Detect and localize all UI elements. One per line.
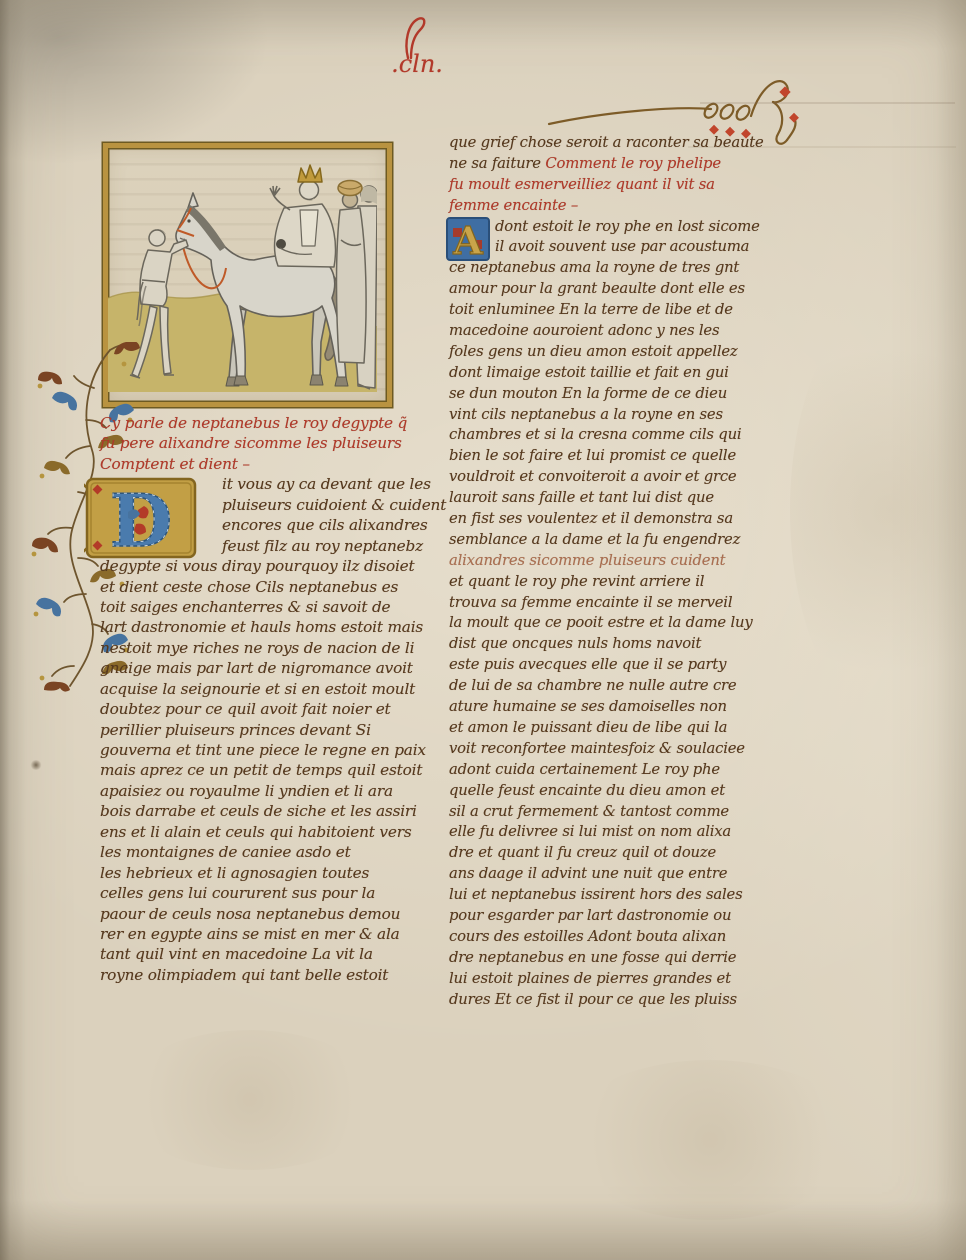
text-segment: elle fu delivree si lui mist on nom alix…: [449, 823, 731, 840]
text-line: de lui de sa chambre ne nulle autre cre: [449, 676, 769, 697]
text-segment: femme encainte –: [449, 197, 578, 214]
text-line: ature humaine se ses damoiselles non: [449, 697, 769, 718]
manuscript-page: .cln.: [0, 0, 966, 1260]
text-segment: mais aprez ce un petit de temps quil est…: [100, 761, 422, 779]
text-line: gnaige mais par lart de nigromance avoit: [100, 658, 445, 678]
text-line: vint cils neptanebus a la royne en ses: [449, 405, 769, 426]
text-segment: macedoine aouroient adonc y nes les: [449, 322, 719, 339]
text-line: cours des estoilles Adont bouta alixan: [449, 927, 769, 948]
text-segment: pluiseurs cuidoient & cuident: [222, 496, 446, 514]
text-segment: les montaignes de caniee asdo et: [100, 843, 351, 861]
text-line: lauroit sans faille et tant lui dist que: [449, 488, 769, 509]
text-segment: dre et quant il fu creuz quil ot douze: [449, 844, 716, 861]
folio-number: .cln.: [372, 50, 462, 100]
text-line: fu pere alixandre sicomme les pluiseurs: [100, 433, 445, 453]
text-segment: ce neptanebus ama la royne de tres gnt: [449, 259, 739, 276]
text-line: dures Et ce fist il pour ce que les plui…: [449, 990, 769, 1011]
text-line: en fist ses voulentez et il demonstra sa: [449, 509, 769, 530]
text-line: voit reconfortee maintesfoiz & soulaciee: [449, 739, 769, 760]
text-segment: ans daage il advint une nuit que entre: [449, 865, 727, 882]
text-segment: la moult que ce pooit estre et la dame l…: [449, 614, 753, 631]
text-segment: que grief chose seroit a raconter sa bea…: [449, 134, 764, 151]
text-line: et dient ceste chose Cils neptanebus es: [100, 577, 445, 597]
text-segment: degypte si vous diray pourquoy ilz disoi…: [100, 557, 414, 575]
right-text-column: que grief chose seroit a raconter sa bea…: [449, 133, 769, 1010]
text-segment: doubtez pour ce quil avoit fait noier et: [100, 700, 391, 718]
text-segment: nestoit mye riches ne roys de nacion de …: [100, 639, 414, 657]
text-line: Comptent et dient –: [100, 454, 445, 474]
text-segment: cours des estoilles Adont bouta alixan: [449, 928, 726, 945]
text-line: les montaignes de caniee asdo et: [100, 842, 445, 862]
text-line: bois darrabe et ceuls de siche et les as…: [100, 801, 445, 821]
text-segment: lui et neptanebus issirent hors des sale…: [449, 886, 743, 903]
text-segment: amour pour la grant beaulte dont elle es: [449, 280, 745, 297]
text-line: macedoine aouroient adonc y nes les: [449, 321, 769, 342]
text-line: ne sa faiture Comment le roy phelipe: [449, 154, 769, 175]
text-line: amour pour la grant beaulte dont elle es: [449, 279, 769, 300]
text-line: il avoit souvent use par acoustuma: [449, 237, 769, 258]
text-line: chambres et si la cresna comme cils qui: [449, 425, 769, 446]
text-line: pour esgarder par lart dastronomie ou: [449, 906, 769, 927]
text-segment: et quant le roy phe revint arriere il: [449, 573, 704, 590]
text-segment: dre neptanebus en une fosse qui derrie: [449, 949, 736, 966]
text-line: doubtez pour ce quil avoit fait noier et: [100, 699, 445, 719]
text-line: lui et neptanebus issirent hors des sale…: [449, 885, 769, 906]
king-crown: [298, 165, 322, 182]
text-segment: en fist ses voulentez et il demonstra sa: [449, 510, 733, 527]
text-line: royne olimpiadem qui tant belle estoit: [100, 965, 445, 985]
parchment-stain: [560, 1060, 860, 1220]
text-segment: toit saiges enchanterres & si savoit de: [100, 598, 390, 616]
text-segment: et amon le puissant dieu de libe qui la: [449, 719, 727, 736]
text-segment: royne olimpiadem qui tant belle estoit: [100, 966, 388, 984]
text-segment: chambres et si la cresna comme cils qui: [449, 426, 741, 443]
text-segment: gouverna et tint une piece le regne en p…: [100, 741, 426, 759]
text-line: encores que cils alixandres: [100, 515, 445, 535]
text-segment: pour esgarder par lart dastronomie ou: [449, 907, 731, 924]
text-line: apaisiez ou royaulme li yndien et li ara: [100, 781, 445, 801]
text-segment: alixandres sicomme pluiseurs cuident: [449, 552, 725, 569]
text-line: bien le sot faire et lui promist ce quel…: [449, 446, 769, 467]
text-line: nestoit mye riches ne roys de nacion de …: [100, 638, 445, 658]
text-line: ens et li alain et ceuls qui habitoient …: [100, 822, 445, 842]
left-text-column: Cy parle de neptanebus le roy degypte q̃…: [100, 413, 445, 985]
text-line: degypte si vous diray pourquoy ilz disoi…: [100, 556, 445, 576]
parchment-stain: [120, 1030, 380, 1170]
text-line: paour de ceuls nosa neptanebus demou: [100, 904, 445, 924]
text-line: dont estoit le roy phe en lost sicome: [449, 217, 769, 238]
text-segment: vouldroit et convoiteroit a avoir et grc…: [449, 468, 737, 485]
text-line: alixandres sicomme pluiseurs cuident: [449, 551, 769, 572]
king-figure: [270, 165, 336, 267]
attendant-figures: [337, 181, 378, 390]
attendant-with-hat: [337, 208, 367, 363]
text-line: semblance a la dame et la fu engendrez: [449, 530, 769, 551]
text-line: et amon le puissant dieu de libe qui la: [449, 718, 769, 739]
text-segment: les hebrieux et li agnosagien toutes: [100, 864, 369, 882]
text-segment: lart dastronomie et hauls homs estoit ma…: [100, 618, 423, 636]
text-line: feust filz au roy neptanebz: [100, 536, 445, 556]
text-line: acquise la seignourie et si en estoit mo…: [100, 679, 445, 699]
text-segment: apaisiez ou royaulme li yndien et li ara: [100, 782, 393, 800]
text-segment: encores que cils alixandres: [222, 516, 428, 534]
text-line: quelle feust encainte du dieu amon et: [449, 781, 769, 802]
text-segment: foles gens un dieu amon estoit appellez: [449, 343, 738, 360]
text-segment: feust filz au roy neptanebz: [222, 537, 423, 555]
text-line: dre et quant il fu creuz quil ot douze: [449, 843, 769, 864]
text-segment: sil a crut fermement & tantost comme: [449, 803, 729, 820]
text-line: celles gens lui coururent sus pour la: [100, 883, 445, 903]
text-segment: et dient ceste chose Cils neptanebus es: [100, 578, 398, 596]
miniature-illustration: [103, 143, 392, 407]
text-segment: toit enluminee En la terre de libe et de: [449, 301, 733, 318]
text-line: lui estoit plaines de pierres grandes et: [449, 969, 769, 990]
text-segment: celles gens lui coururent sus pour la: [100, 884, 375, 902]
text-segment: bois darrabe et ceuls de siche et les as…: [100, 802, 417, 820]
text-segment: dures Et ce fist il pour ce que les plui…: [449, 991, 737, 1008]
text-line: rer en egypte ains se mist en mer & ala: [100, 924, 445, 944]
text-line: tant quil vint en macedoine La vit la: [100, 944, 445, 964]
text-line: elle fu delivree si lui mist on nom alix…: [449, 822, 769, 843]
king-raised-hand: [270, 186, 290, 210]
folio-ascender-swash: [396, 16, 436, 60]
text-line: foles gens un dieu amon estoit appellez: [449, 342, 769, 363]
text-line: toit enluminee En la terre de libe et de: [449, 300, 769, 321]
text-line: fu moult esmerveilliez quant il vit sa: [449, 175, 769, 196]
text-segment: gnaige mais par lart de nigromance avoit: [100, 659, 413, 677]
text-segment: Comment le roy phelipe: [545, 155, 721, 172]
text-segment: quelle feust encainte du dieu amon et: [449, 782, 725, 799]
text-line: dist que oncques nuls homs navoit: [449, 634, 769, 655]
text-line: Cy parle de neptanebus le roy degypte q̃: [100, 413, 445, 433]
text-line: dont limaige estoit taillie et fait en g…: [449, 363, 769, 384]
text-line: que grief chose seroit a raconter sa bea…: [449, 133, 769, 154]
text-line: toit saiges enchanterres & si savoit de: [100, 597, 445, 617]
text-segment: fu pere alixandre sicomme les pluiseurs: [100, 434, 402, 452]
text-line: les hebrieux et li agnosagien toutes: [100, 863, 445, 883]
text-segment: ne sa faiture: [449, 155, 545, 172]
text-segment: se dun mouton En la forme de ce dieu: [449, 385, 727, 402]
king-stole: [300, 210, 318, 246]
text-line: pluiseurs cuidoient & cuident: [100, 495, 445, 515]
text-segment: fu moult esmerveilliez quant il vit sa: [449, 176, 715, 193]
text-line: sil a crut fermement & tantost comme: [449, 802, 769, 823]
text-segment: voit reconfortee maintesfoiz & soulaciee: [449, 740, 745, 757]
ruling-line: [700, 102, 955, 104]
text-line: it vous ay ca devant que les: [100, 474, 445, 494]
text-segment: bien le sot faire et lui promist ce quel…: [449, 447, 736, 464]
text-segment: rer en egypte ains se mist en mer & ala: [100, 925, 400, 943]
text-segment: tant quil vint en macedoine La vit la: [100, 945, 373, 963]
text-line: mais aprez ce un petit de temps quil est…: [100, 760, 445, 780]
text-segment: il avoit souvent use par acoustuma: [495, 238, 749, 255]
text-line: se dun mouton En la forme de ce dieu: [449, 384, 769, 405]
round-hat: [338, 181, 362, 196]
text-segment: de lui de sa chambre ne nulle autre cre: [449, 677, 736, 694]
text-line: et quant le roy phe revint arriere il: [449, 572, 769, 593]
miniature-scene: [108, 148, 377, 392]
text-line: ce neptanebus ama la royne de tres gnt: [449, 258, 769, 279]
text-line: adont cuida certainement Le roy phe: [449, 760, 769, 781]
text-line: este puis avecques elle que il se party: [449, 655, 769, 676]
text-line: la moult que ce pooit estre et la dame l…: [449, 613, 769, 634]
text-segment: este puis avecques elle que il se party: [449, 656, 726, 673]
text-segment: lauroit sans faille et tant lui dist que: [449, 489, 714, 506]
text-line: gouverna et tint une piece le regne en p…: [100, 740, 445, 760]
dark-object: [276, 239, 286, 249]
text-segment: dont limaige estoit taillie et fait en g…: [449, 364, 729, 381]
text-line: lart dastronomie et hauls homs estoit ma…: [100, 617, 445, 637]
text-segment: semblance a la dame et la fu engendrez: [449, 531, 740, 548]
text-segment: trouva sa femme encainte il se merveil: [449, 594, 732, 611]
text-line: femme encainte –: [449, 196, 769, 217]
text-line: dre neptanebus en une fosse qui derrie: [449, 948, 769, 969]
text-segment: it vous ay ca devant que les: [222, 475, 431, 493]
text-segment: ature humaine se ses damoiselles non: [449, 698, 727, 715]
text-line: trouva sa femme encainte il se merveil: [449, 593, 769, 614]
text-line: vouldroit et convoiteroit a avoir et grc…: [449, 467, 769, 488]
text-segment: vint cils neptanebus a la royne en ses: [449, 406, 723, 423]
text-segment: Comptent et dient –: [100, 455, 250, 473]
text-segment: dont estoit le roy phe en lost sicome: [495, 218, 760, 235]
text-segment: lui estoit plaines de pierres grandes et: [449, 970, 731, 987]
text-segment: adont cuida certainement Le roy phe: [449, 761, 720, 778]
text-segment: acquise la seignourie et si en estoit mo…: [100, 680, 415, 698]
text-line: perillier pluiseurs princes devant Si: [100, 720, 445, 740]
text-segment: perillier pluiseurs princes devant Si: [100, 721, 371, 739]
text-line: ans daage il advint une nuit que entre: [449, 864, 769, 885]
ink-speck: [30, 760, 42, 770]
text-segment: dist que oncques nuls homs navoit: [449, 635, 701, 652]
parchment-stain: [790, 300, 966, 720]
text-segment: Cy parle de neptanebus le roy degypte q̃: [100, 414, 407, 432]
text-segment: ens et li alain et ceuls qui habitoient …: [100, 823, 411, 841]
text-segment: paour de ceuls nosa neptanebus demou: [100, 905, 400, 923]
